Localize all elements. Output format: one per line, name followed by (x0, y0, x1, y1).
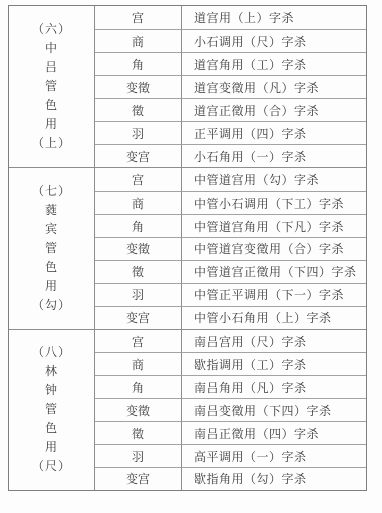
note-cell: 变宫 (94, 144, 181, 167)
desc-cell: 中管道宫变徵用（合）字杀 (181, 237, 366, 260)
note-cell: 商 (94, 191, 181, 214)
desc-cell: 歇指角用（勾）字杀 (181, 467, 366, 490)
section-label-line: 色 (45, 419, 58, 438)
section-label-line: 吕 (45, 58, 58, 77)
desc-cell: 中管小石调用（下工）字杀 (181, 191, 366, 214)
note-cell: 羽 (94, 121, 181, 144)
desc-cell: 南吕宫用（尺）字杀 (181, 330, 366, 353)
desc-cell: 南吕角用（凡）字杀 (181, 375, 366, 398)
section-label-line: （上） (32, 134, 71, 153)
desc-cell: 南吕变徵用（下四）字杀 (181, 398, 366, 421)
table-section: （八）林钟管色用（尺）宫南吕宫用（尺）字杀商歇指调用（工）字杀角南吕角用（凡）字… (9, 329, 366, 490)
desc-cell: 中管道宫用（勾）字杀 (181, 168, 366, 191)
note-cell: 宫 (94, 330, 181, 353)
note-cell: 宫 (94, 6, 181, 29)
note-cell: 角 (94, 214, 181, 237)
note-cell: 变徵 (94, 237, 181, 260)
note-cell: 羽 (94, 283, 181, 306)
section-label: （八）林钟管色用（尺） (9, 330, 94, 490)
note-cell: 宫 (94, 168, 181, 191)
section-label-line: 管 (45, 239, 58, 258)
section-label-line: 中 (45, 39, 58, 58)
section-label-line: 管 (45, 77, 58, 96)
table-section: （七）蕤宾管色用（勾）宫中管道宫用（勾）字杀商中管小石调用（下工）字杀角中管道宫… (9, 167, 366, 328)
note-cell: 角 (94, 52, 181, 75)
note-cell: 变宫 (94, 467, 181, 490)
section-label-line: 用 (45, 438, 58, 457)
desc-cell: 歇指调用（工）字杀 (181, 352, 366, 375)
note-cell: 变徵 (94, 398, 181, 421)
section-label-line: （七） (32, 182, 71, 201)
desc-cell: 中管小石角用（上）字杀 (181, 306, 366, 329)
section-label-line: 宾 (45, 220, 58, 239)
note-cell: 变徵 (94, 75, 181, 98)
desc-cell: 高平调用（一）字杀 (181, 444, 366, 467)
note-cell: 商 (94, 29, 181, 52)
desc-cell: 南吕正徵用（四）字杀 (181, 421, 366, 444)
section-label-line: 林 (45, 362, 58, 381)
section-label-line: 蕤 (45, 201, 58, 220)
desc-cell: 小石角用（一）字杀 (181, 144, 366, 167)
desc-cell: 中管道宫角用（下凡）字杀 (181, 214, 366, 237)
section-label-line: （尺） (32, 457, 71, 476)
desc-cell: 道宫变徵用（凡）字杀 (181, 75, 366, 98)
desc-cell: 中管正平调用（下一）字杀 (181, 283, 366, 306)
section-label-line: 管 (45, 400, 58, 419)
desc-cell: 道宫正徵用（合）字杀 (181, 98, 366, 121)
desc-cell: 道宫角用（工）字杀 (181, 52, 366, 75)
section-label-line: 用 (45, 115, 58, 134)
note-cell: 徵 (94, 421, 181, 444)
document-page: （六）中吕管色用（上）宫道宫用（上）字杀商小石调用（尺）字杀角道宫角用（工）字杀… (0, 0, 382, 513)
table-section: （六）中吕管色用（上）宫道宫用（上）字杀商小石调用（尺）字杀角道宫角用（工）字杀… (9, 6, 366, 167)
note-cell: 商 (94, 352, 181, 375)
section-label-line: 色 (45, 258, 58, 277)
note-cell: 变宫 (94, 306, 181, 329)
desc-cell: 小石调用（尺）字杀 (181, 29, 366, 52)
section-label-line: 钟 (45, 381, 58, 400)
note-cell: 羽 (94, 444, 181, 467)
section-label-line: 用 (45, 277, 58, 296)
section-label-line: （六） (32, 20, 71, 39)
note-cell: 徵 (94, 98, 181, 121)
section-label-line: （八） (32, 343, 71, 362)
desc-cell: 道宫用（上）字杀 (181, 6, 366, 29)
tone-table: （六）中吕管色用（上）宫道宫用（上）字杀商小石调用（尺）字杀角道宫角用（工）字杀… (8, 5, 367, 491)
section-label: （七）蕤宾管色用（勾） (9, 168, 94, 328)
note-cell: 徵 (94, 260, 181, 283)
section-label: （六）中吕管色用（上） (9, 6, 94, 167)
section-label-line: （勾） (32, 296, 71, 315)
note-cell: 角 (94, 375, 181, 398)
desc-cell: 正平调用（四）字杀 (181, 121, 366, 144)
desc-cell: 中管道宫正徵用（下四）字杀 (181, 260, 366, 283)
section-label-line: 色 (45, 96, 58, 115)
